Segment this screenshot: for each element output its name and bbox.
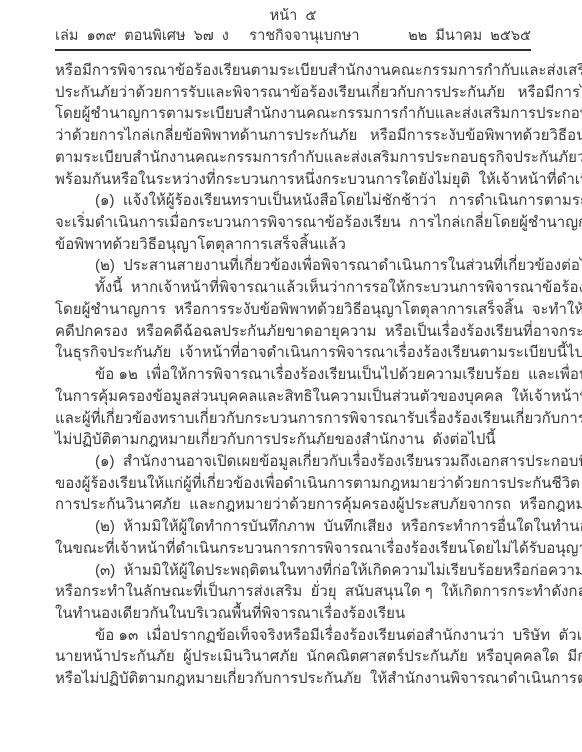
document-line: ประกันภัยว่าด้วยการรับและพิจารณาข้อร้องเ… <box>55 82 533 104</box>
document-line: และผู้ที่เกี่ยวข้องทราบเกี่ยวกับกระบวนกา… <box>55 408 533 430</box>
document-line: (๑) แจ้งให้ผู้ร้องเรียนทราบเป็นหนังสือโด… <box>55 190 533 212</box>
document-line: (๓) ห้ามมิให้ผู้ใดประพฤติตนในทางที่ก่อให… <box>55 560 533 582</box>
document-line: (๒) ประสานสายงานที่เกี่ยวข้องเพื่อพิจารณ… <box>55 255 533 277</box>
document-line: ของผู้ร้องเรียนให้แก่ผู้ที่เกี่ยวข้องเพื… <box>55 473 533 495</box>
document-line: พร้อมกันหรือในระหว่างที่กระบวนการหนึ่งกร… <box>55 169 533 191</box>
document-line: โดยผู้ชำนาญการตามระเบียบสำนักงานคณะกรรมก… <box>55 103 533 125</box>
document-body: หรือมีการพิจารณาข้อร้องเรียนตามระเบียบสำ… <box>55 60 533 690</box>
document-line: (๑) สำนักงานอาจเปิดเผยข้อมูลเกี่ยวกับเรื… <box>55 451 533 473</box>
document-line: ในธุรกิจประกันภัย เจ้าหน้าที่อาจดำเนินกา… <box>55 342 533 364</box>
document-line: ในทำนองเดียวกันในบริเวณพื้นที่พิจารณาเรื… <box>55 603 533 625</box>
document-line: (๒) ห้ามมิให้ผู้ใดทำการบันทึกภาพ บันทึกเ… <box>55 516 533 538</box>
document-line: ไม่ปฏิบัติตามกฎหมายเกี่ยวกับการประกันภัย… <box>55 429 533 451</box>
document-line: ตามระเบียบสำนักงานคณะกรรมการกำกับและส่งเ… <box>55 147 533 169</box>
header-divider <box>55 49 531 51</box>
document-line: ข้อพิพาทด้วยวิธีอนุญาโตตุลาการเสร็จสิ้นแ… <box>55 234 533 256</box>
document-line: โดยผู้ชำนาญการ หรือการระงับข้อพิพาทด้วยว… <box>55 299 533 321</box>
document-line: การประกันวินาศภัย และกฎหมายว่าด้วยการคุ้… <box>55 494 533 516</box>
gazette-title: ราชกิจจานุเบกษา <box>229 27 380 46</box>
document-line: หรือมีการพิจารณาข้อร้องเรียนตามระเบียบสำ… <box>55 60 533 82</box>
document-line: ข้อ ๑๒ เพื่อให้การพิจารณาเรื่องร้องเรียน… <box>55 364 533 386</box>
header-meta-row: เล่ม ๑๓๙ ตอนพิเศษ ๖๗ ง ราชกิจจานุเบกษา ๒… <box>55 27 531 46</box>
issue-date: ๒๒ มีนาคม ๒๕๖๕ <box>380 27 531 46</box>
page-header: หน้า ๕ เล่ม ๑๓๙ ตอนพิเศษ ๖๗ ง ราชกิจจานุ… <box>55 7 531 59</box>
document-line: นายหน้าประกันภัย ผู้ประเมินวินาศภัย นักค… <box>55 646 533 668</box>
document-line: หรือไม่ปฏิบัติตามกฎหมายเกี่ยวกับการประกั… <box>55 668 533 690</box>
page-number-label: หน้า ๕ <box>55 7 531 25</box>
document-line: จะเริ่มดำเนินการเมื่อกระบวนการพิจารณาข้อ… <box>55 212 533 234</box>
document-line: ในการคุ้มครองข้อมูลส่วนบุคคลและสิทธิในคว… <box>55 386 533 408</box>
document-line: คดีปกครอง หรือคดีฉ้อฉลประกันภัยขาดอายุคว… <box>55 321 533 343</box>
gazette-page: หน้า ๕ เล่ม ๑๓๙ ตอนพิเศษ ๖๗ ง ราชกิจจานุ… <box>0 0 582 752</box>
document-line: ว่าด้วยการไกล่เกลี่ยข้อพิพาทด้านการประกั… <box>55 125 533 147</box>
volume-label: เล่ม ๑๓๙ ตอนพิเศษ ๖๗ ง <box>55 27 229 46</box>
document-line: ทั้งนี้ หากเจ้าหน้าที่พิจารณาแล้วเห็นว่า… <box>55 277 533 299</box>
document-line: ข้อ ๑๓ เมื่อปรากฏข้อเท็จจริงหรือมีเรื่อง… <box>55 625 533 647</box>
document-line: หรือกระทำในลักษณะที่เป็นการส่งเสริม ยั่ว… <box>55 581 533 603</box>
document-line: ในขณะที่เจ้าหน้าที่ดำเนินกระบวนการการพิจ… <box>55 538 533 560</box>
